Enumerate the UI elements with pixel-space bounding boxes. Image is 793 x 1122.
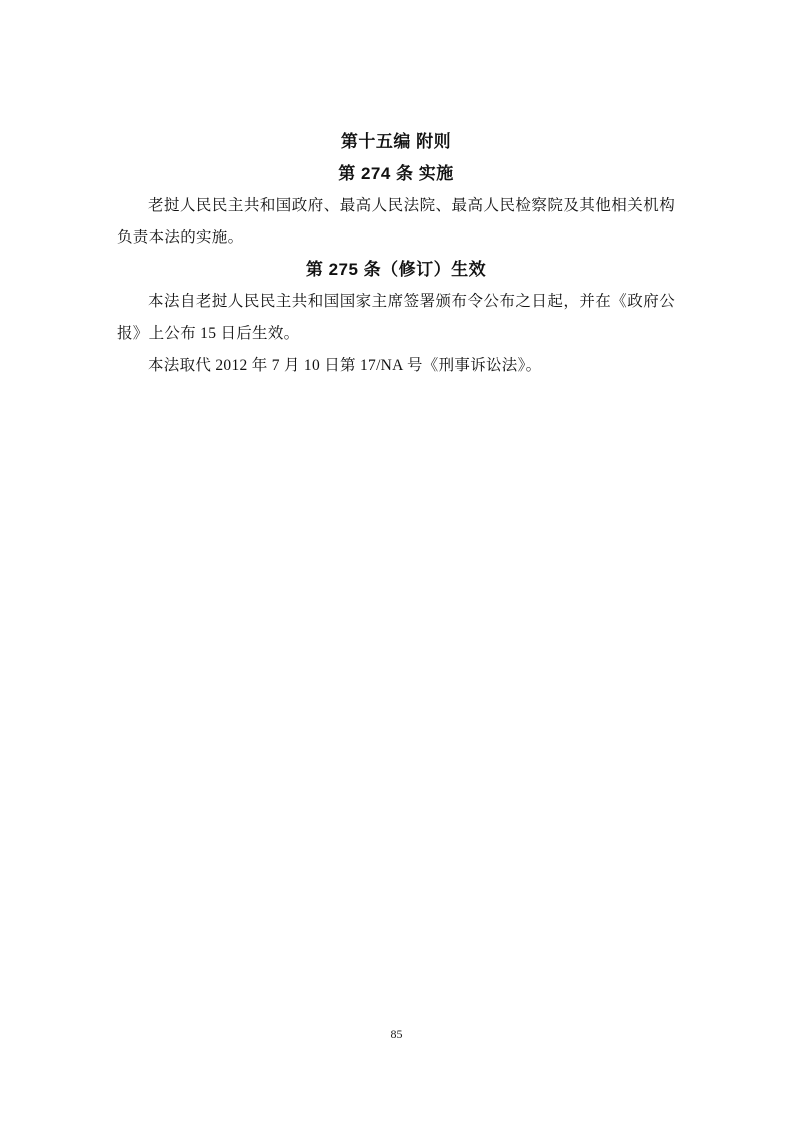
part-heading: 第十五编 附则 bbox=[117, 126, 675, 158]
document-page: 第十五编 附则 第 274 条 实施 老挝人民民主共和国政府、最高人民法院、最高… bbox=[0, 0, 793, 1122]
article-274-heading: 第 274 条 实施 bbox=[117, 158, 675, 190]
article-275-heading: 第 275 条（修订）生效 bbox=[117, 254, 675, 286]
page-number: 85 bbox=[0, 1026, 793, 1042]
article-275-paragraph-1: 本法自老挝人民民主共和国国家主席签署颁布令公布之日起，并在《政府公报》上公布 1… bbox=[117, 286, 675, 350]
article-275-paragraph-2: 本法取代 2012 年 7 月 10 日第 17/NA 号《刑事诉讼法》。 bbox=[117, 350, 675, 382]
article-274-paragraph: 老挝人民民主共和国政府、最高人民法院、最高人民检察院及其他相关机构负责本法的实施… bbox=[117, 190, 675, 254]
page-content: 第十五编 附则 第 274 条 实施 老挝人民民主共和国政府、最高人民法院、最高… bbox=[117, 126, 675, 382]
